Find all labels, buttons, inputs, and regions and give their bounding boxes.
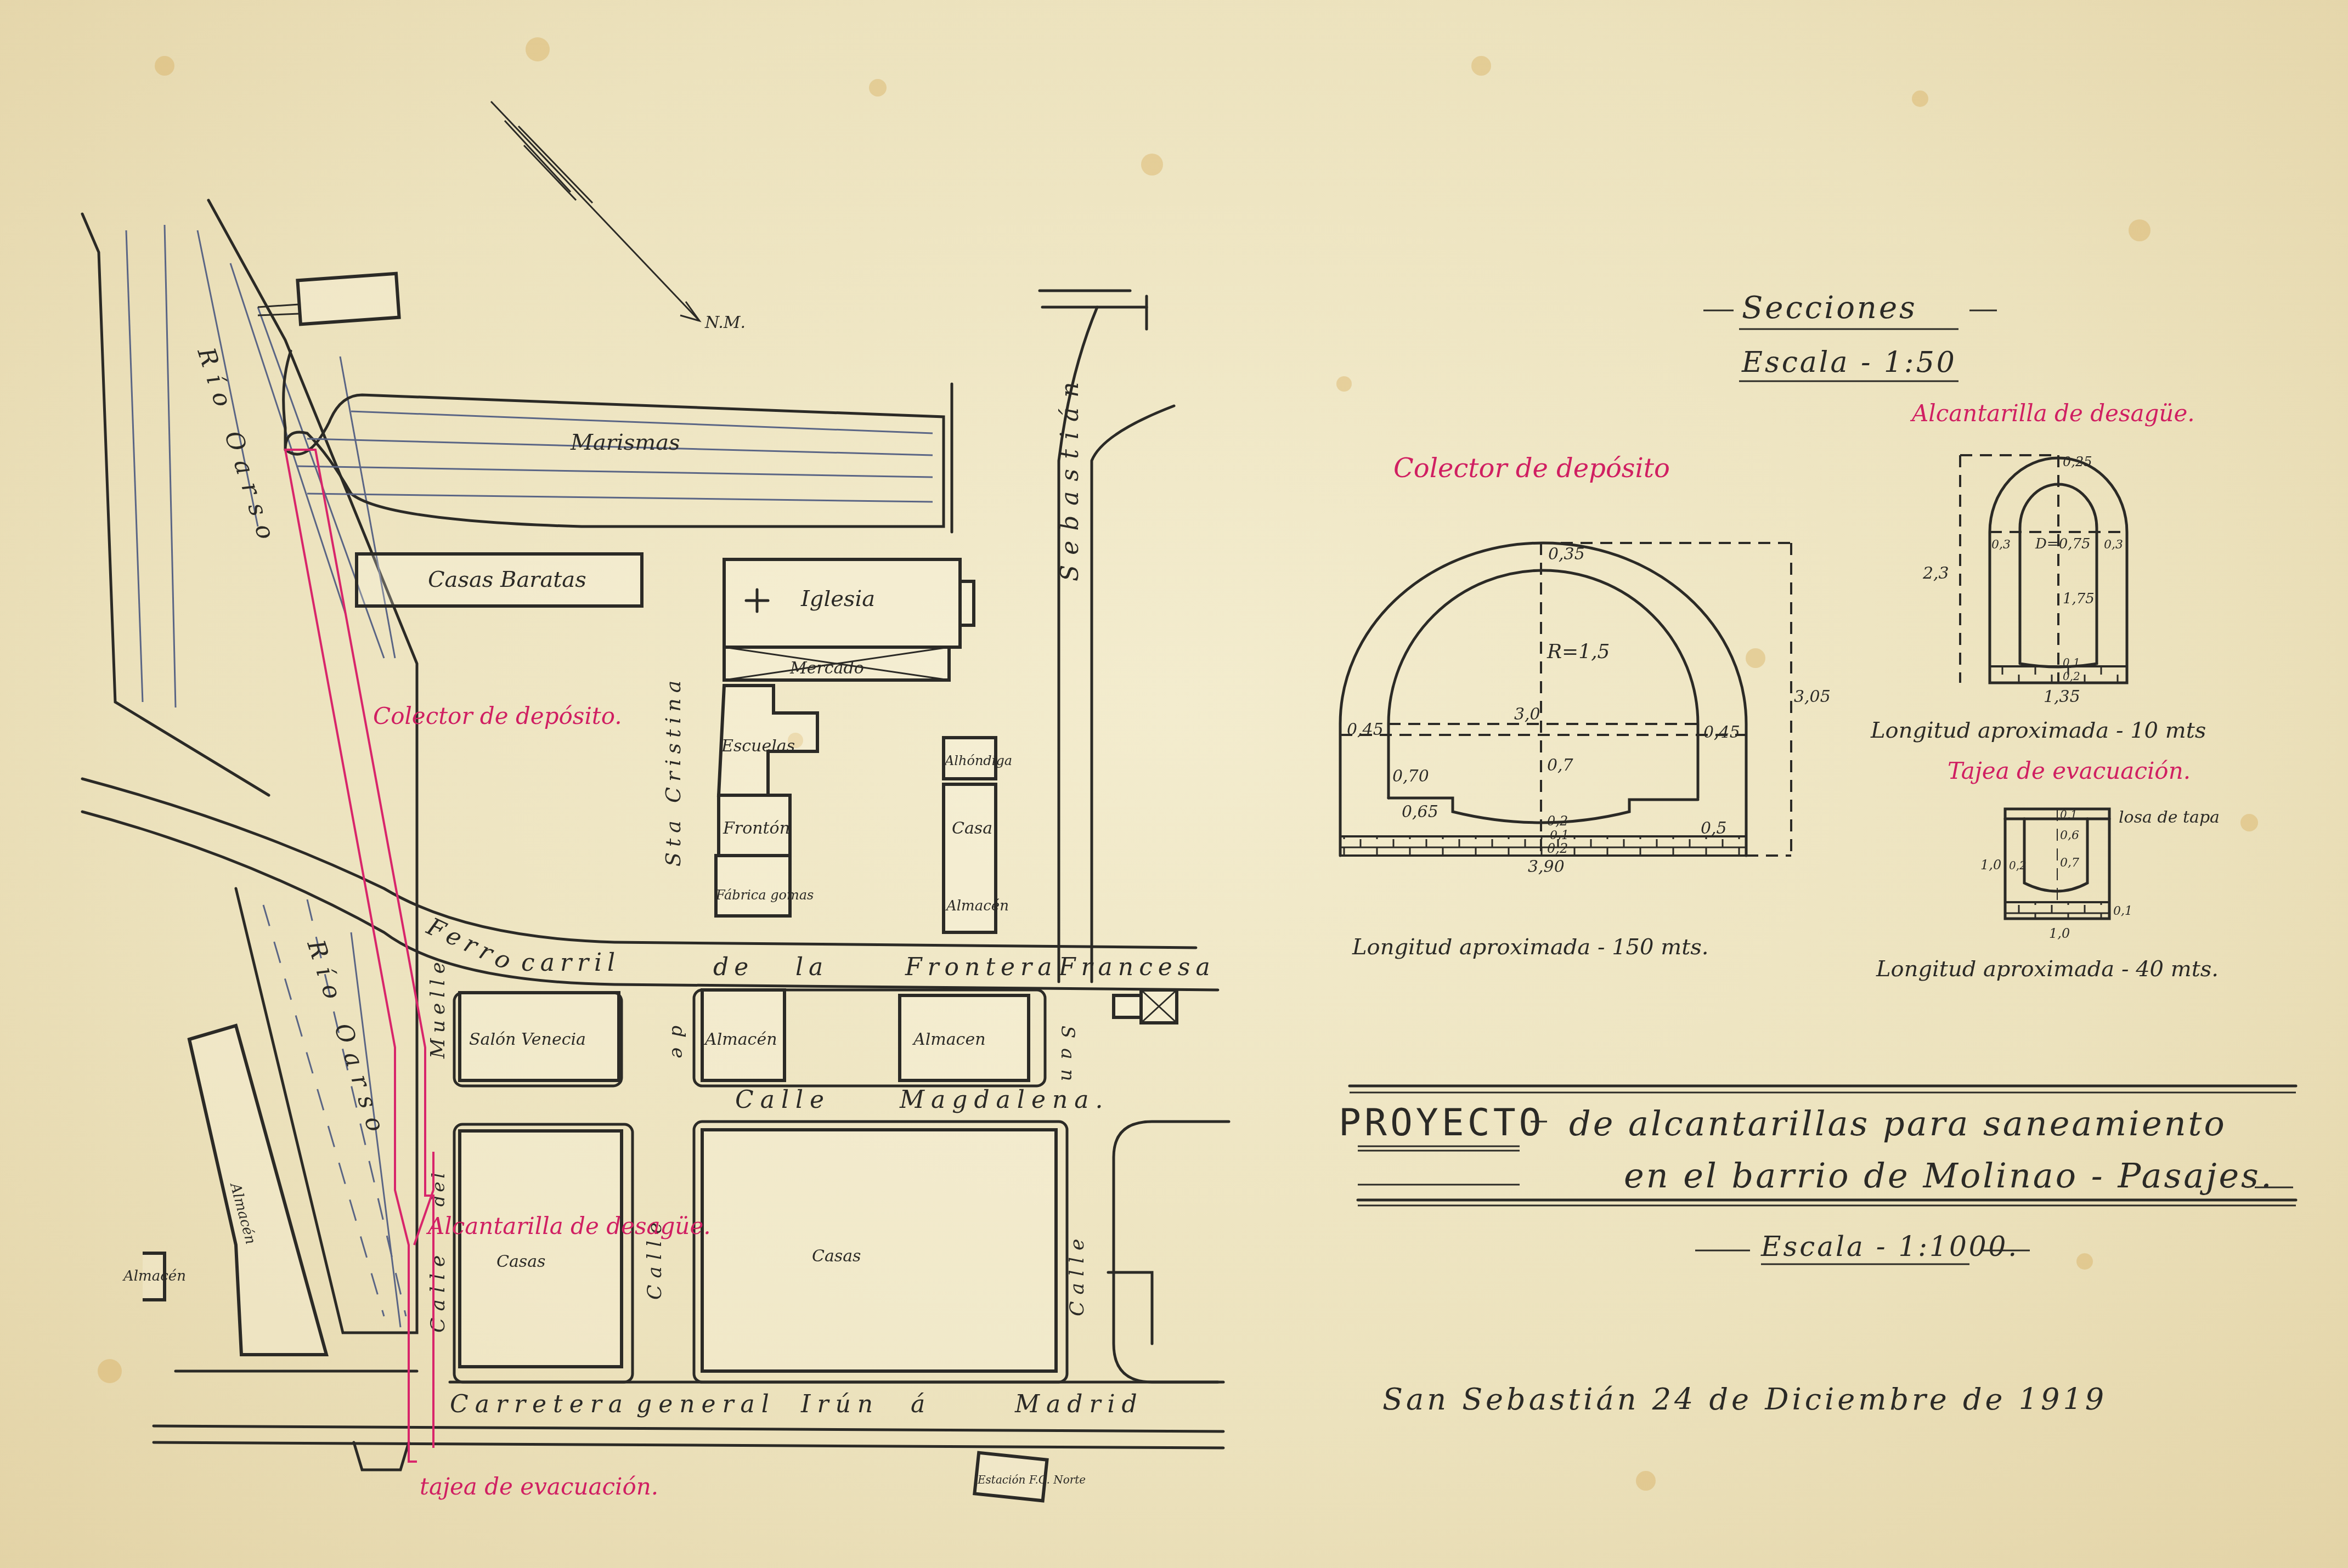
colector-title: Colector de depósito <box>1393 453 1670 484</box>
marismas-label: Marismas <box>570 430 680 455</box>
svg-text:3,05: 3,05 <box>1794 687 1831 706</box>
label-salon-venecia: Salón Venecia <box>469 1030 586 1049</box>
label-escuelas: Escuelas <box>721 737 795 756</box>
svg-text:0,35: 0,35 <box>1548 545 1585 564</box>
label-fabrica: Fábrica gomas <box>715 887 814 903</box>
street-muelle: Muelle <box>427 956 449 1059</box>
svg-text:0,3: 0,3 <box>2104 538 2123 552</box>
street-de: de <box>667 1026 689 1068</box>
svg-text:0,70: 0,70 <box>1392 767 1429 786</box>
svg-text:1,35: 1,35 <box>2044 687 2080 706</box>
river-label-bottom: Río Oarso <box>301 936 393 1145</box>
svg-text:0,45: 0,45 <box>1347 720 1384 739</box>
label-alhondiga: Alhóndiga <box>944 753 1012 768</box>
label-fronton: Frontón <box>723 819 790 838</box>
svg-text:0,1: 0,1 <box>2063 656 2080 669</box>
svg-text:0,3: 0,3 <box>1991 538 2011 552</box>
red-label-alcantarilla: Alcantarilla de desagüe. <box>426 1213 711 1239</box>
railway-steps <box>1114 995 1141 1017</box>
street-calle-del: del <box>428 1169 449 1207</box>
svg-text:carril: carril <box>521 949 620 977</box>
sections-panel: Secciones Escala - 1:50 Colector de depó… <box>1340 290 2220 982</box>
svg-text:1,75: 1,75 <box>2063 591 2095 607</box>
svg-text:0,5: 0,5 <box>1701 819 1727 838</box>
street-san: San <box>1057 1026 1079 1091</box>
svg-text:general: general <box>636 1390 776 1418</box>
sections-scale: Escala - 1:50 <box>1741 346 1957 379</box>
svg-text:de: de <box>713 953 754 981</box>
street-calle-right: Calle <box>1066 1232 1088 1316</box>
title-proyecto: PROYECTO <box>1339 1101 1545 1145</box>
label-mercado: Mercado <box>789 659 864 678</box>
signature-date: San Sebastián 24 de Diciembre de 1919 <box>1382 1382 2107 1417</box>
tajea-title: Tajea de evacuación. <box>1948 757 2191 784</box>
tajea-section-drawing: 0,1 0,6 0,7 0,2 1,0 0,1 1,0 <box>1980 808 2132 941</box>
label-almacen-2: Almacen <box>912 1030 985 1049</box>
street-calle-left: Calle <box>427 1249 449 1333</box>
alcantarilla-title: Alcantarilla de desagüe. <box>1910 400 2195 427</box>
north-label: N.M. <box>704 313 746 332</box>
label-casas-big: Casas <box>812 1247 861 1266</box>
svg-text:R=1,5: R=1,5 <box>1546 641 1610 663</box>
label-casas-baratas: Casas Baratas <box>428 567 586 592</box>
culvert-outlet <box>354 1442 409 1470</box>
label-almacen-small: Almacén <box>122 1268 186 1284</box>
svg-text:Madrid: Madrid <box>1014 1390 1144 1418</box>
svg-text:1,0: 1,0 <box>1980 857 2001 873</box>
title-scale: Escala - 1:1000. <box>1760 1231 2019 1263</box>
red-label-colector: Colector de depósito. <box>373 703 622 729</box>
svg-text:0,2: 0,2 <box>1547 813 1568 829</box>
svg-text:1,0: 1,0 <box>2049 926 2070 941</box>
svg-text:2,3: 2,3 <box>1922 564 1949 583</box>
red-label-tajea: tajea de evacuación. <box>420 1473 658 1500</box>
svg-text:0,1: 0,1 <box>2113 904 2132 918</box>
colector-length: Longitud aproximada - 150 mts. <box>1352 935 1708 960</box>
svg-text:0,7: 0,7 <box>2060 856 2079 870</box>
marismas-area: Marismas <box>284 351 952 532</box>
svg-text:0,65: 0,65 <box>1402 802 1438 822</box>
svg-text:la: la <box>795 953 828 981</box>
building-small-top <box>297 274 399 324</box>
iglesia-steps <box>960 581 974 625</box>
svg-text:3,0: 3,0 <box>1514 705 1540 724</box>
svg-text:Francesa: Francesa <box>1058 953 1216 981</box>
svg-text:0,6: 0,6 <box>2060 829 2079 842</box>
svg-text:0,7: 0,7 <box>1547 756 1574 775</box>
svg-text:D=0,75: D=0,75 <box>2035 536 2091 552</box>
street-sebastian: Sebastián <box>1056 372 1084 581</box>
tajea-cover-label: losa de tapa <box>2119 808 2220 827</box>
svg-text:Carretera: Carretera <box>450 1390 629 1418</box>
svg-text:0,1: 0,1 <box>2060 808 2078 821</box>
alcantarilla-length: Longitud aproximada - 10 mts <box>1870 718 2206 743</box>
tajea-length: Longitud aproximada - 40 mts. <box>1876 956 2219 982</box>
colector-section-drawing: 0,35 R=1,5 3,0 0,45 0,45 0,7 0,70 0,65 0… <box>1340 543 1831 876</box>
street-calle-magdalena-2: Magdalena. <box>899 1086 1110 1114</box>
sections-heading: Secciones <box>1742 290 1917 326</box>
building-almacen-river <box>189 1026 326 1355</box>
svg-text:Irún: Irún <box>800 1390 879 1418</box>
building-fabrica <box>716 856 790 916</box>
label-estacion: Estación F.C. Norte <box>977 1473 1086 1486</box>
svg-text:3,90: 3,90 <box>1528 857 1565 876</box>
label-casa: Casa <box>952 819 992 838</box>
label-almacen-1: Almacén <box>703 1030 777 1049</box>
title-block: PROYECTO de alcantarillas para saneamien… <box>1339 1086 2296 1264</box>
alcantarilla-section-drawing: 0,25 D=0,75 0,3 0,3 1,75 0,1 0,2 2,3 1,3… <box>1922 454 2127 706</box>
street-calle-magdalena-1: Calle <box>735 1086 831 1114</box>
north-arrow-icon: N.M. <box>491 101 746 332</box>
title-line2: en el barrio de Molinao - Pasajes. <box>1624 1156 2274 1196</box>
foxing-spots <box>98 37 2258 1491</box>
svg-text:0,2: 0,2 <box>1547 841 1568 856</box>
plan-drawing: N.M. Río Oarso Río Oarso Marism <box>0 0 2348 1568</box>
svg-text:0,2: 0,2 <box>2063 670 2080 683</box>
title-line1: de alcantarillas para saneamiento <box>1569 1103 2227 1144</box>
river-label-top: Río Oarso <box>191 344 283 552</box>
svg-text:á: á <box>911 1390 932 1418</box>
street-sta-cristina: Sta Cristina <box>661 675 685 867</box>
building-casas-big <box>702 1130 1056 1371</box>
svg-text:Frontera: Frontera <box>905 953 1057 981</box>
svg-text:0,2: 0,2 <box>2009 859 2027 872</box>
label-iglesia: Iglesia <box>800 586 875 612</box>
label-casa-almacen: Almacén <box>945 898 1009 914</box>
svg-text:0,25: 0,25 <box>2063 454 2092 469</box>
svg-text:0,45: 0,45 <box>1703 723 1740 742</box>
site-map: N.M. Río Oarso Río Oarso Marism <box>82 101 1229 1501</box>
label-casas-left: Casas <box>496 1252 546 1271</box>
building-casas-left <box>460 1131 622 1367</box>
